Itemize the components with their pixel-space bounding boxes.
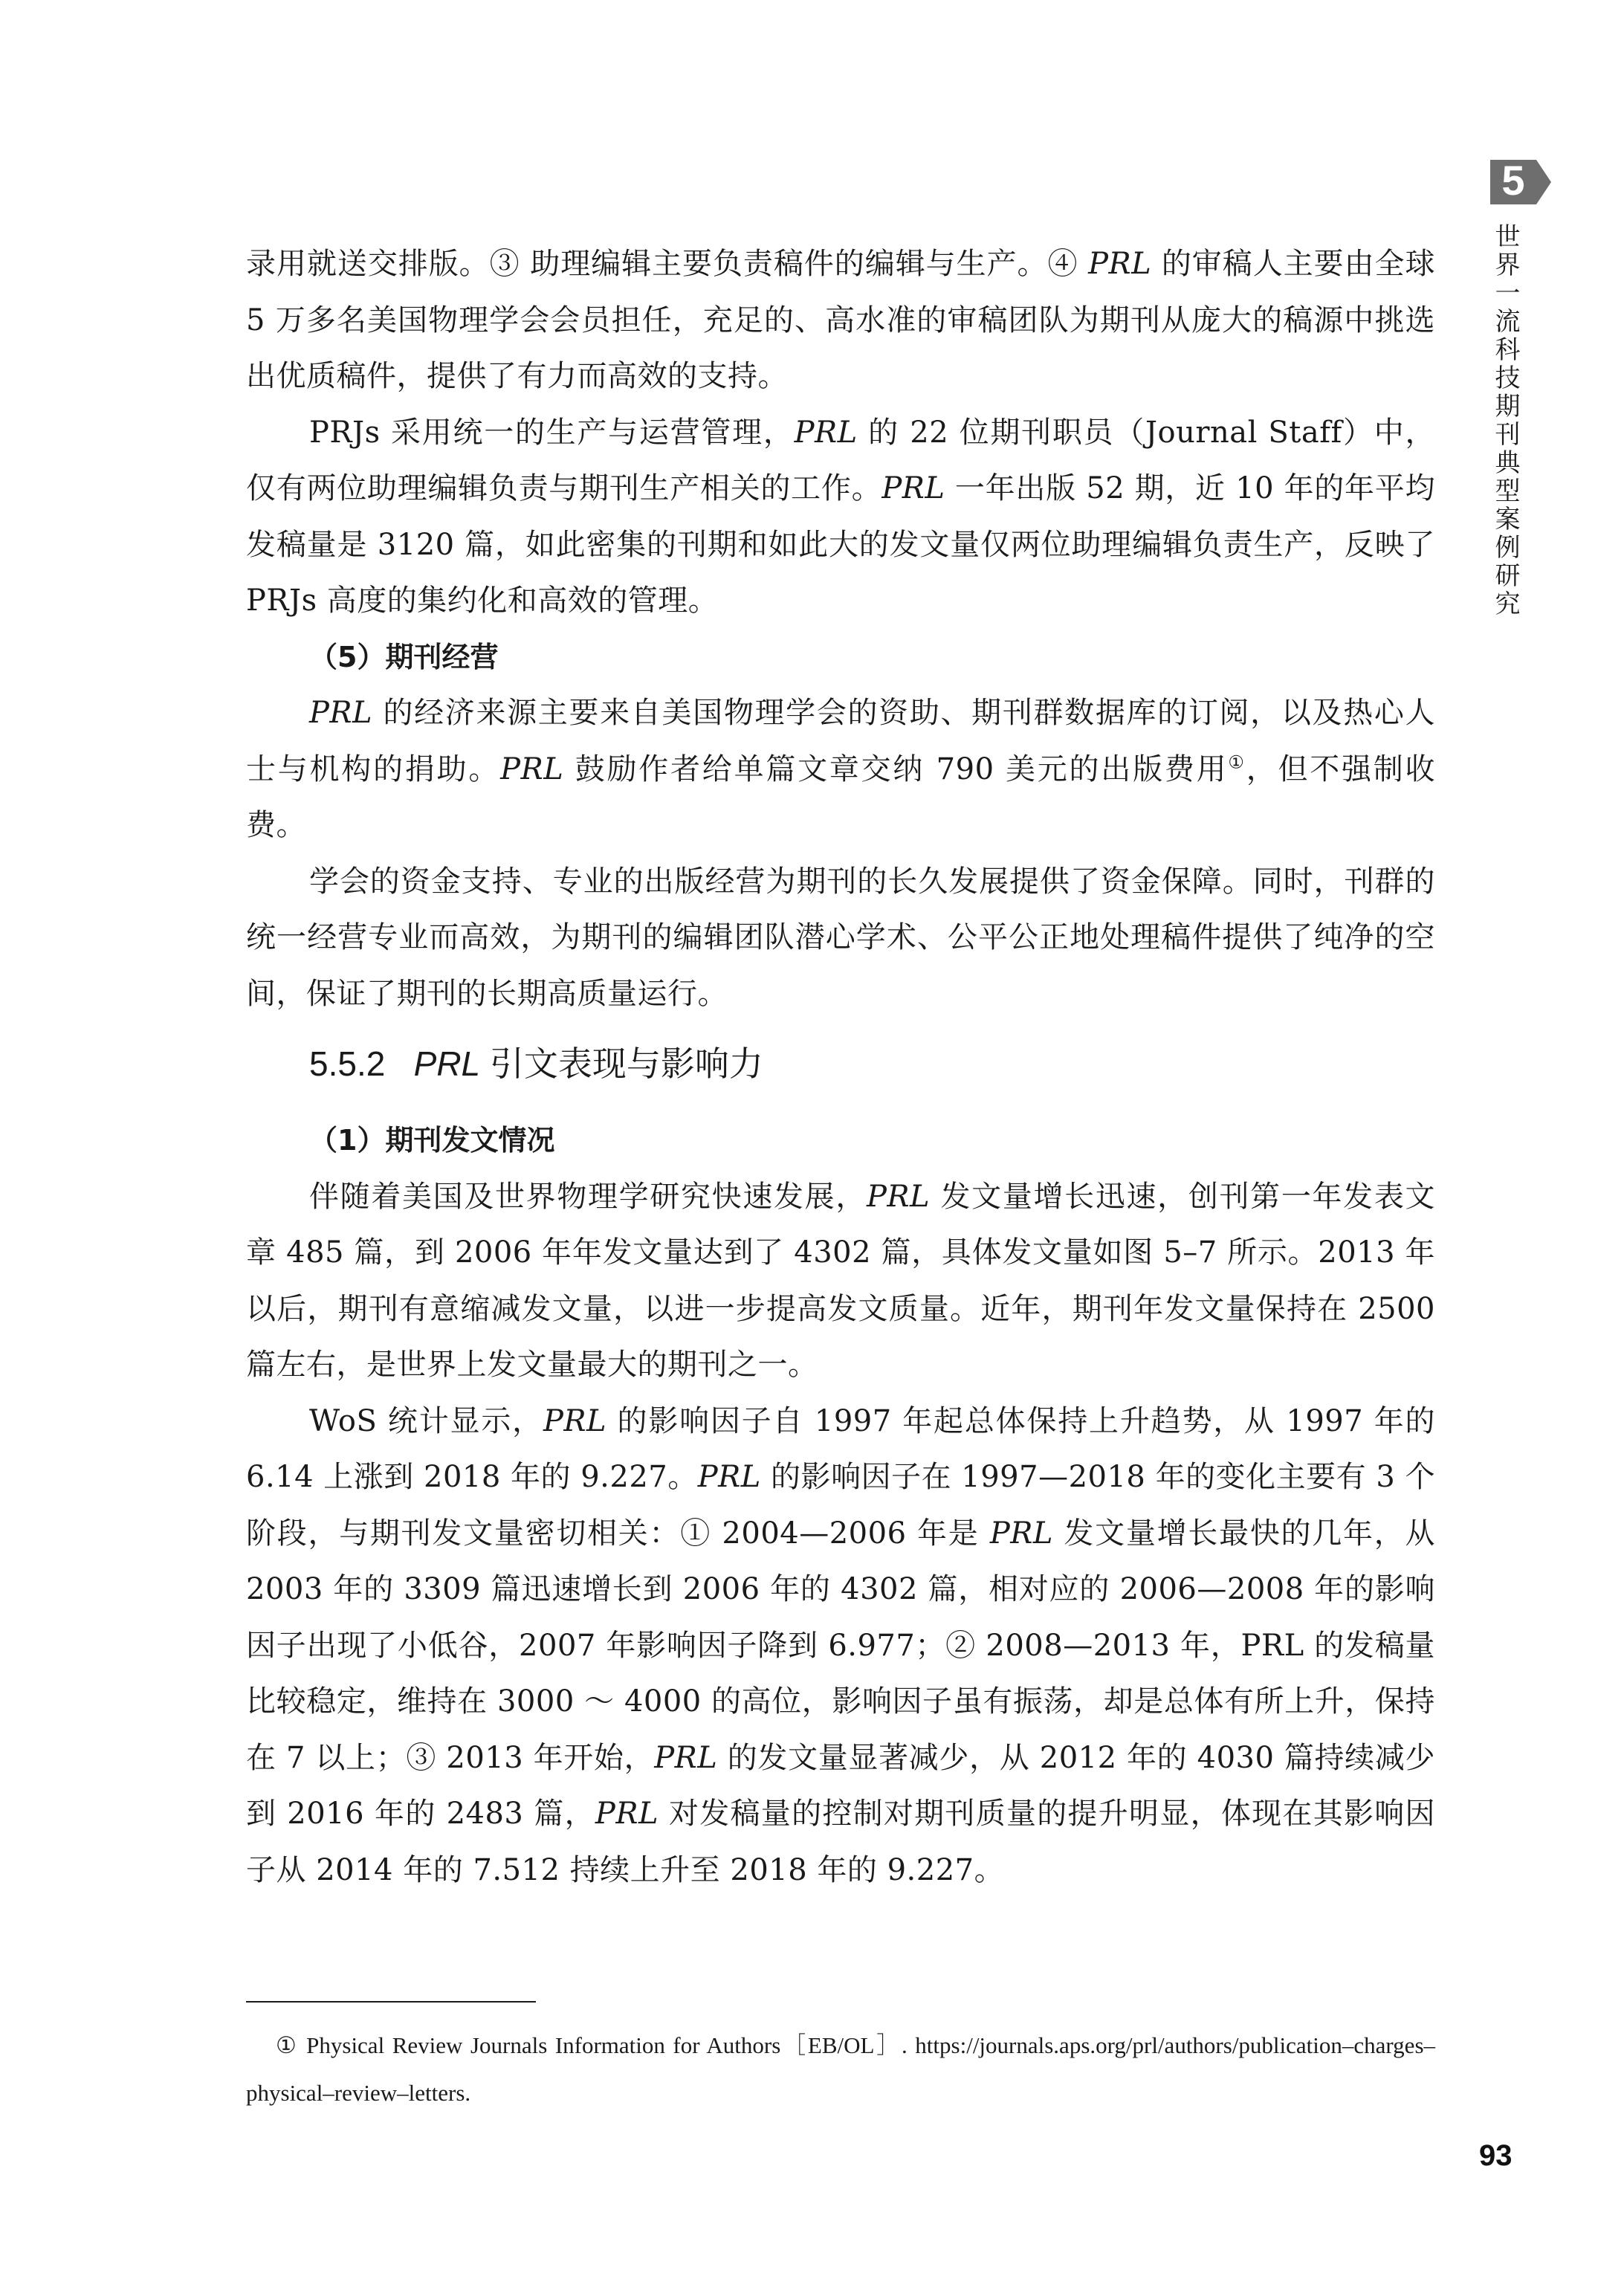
footnote-divider [246,2001,536,2003]
journal-abbr: PRL [698,1460,761,1494]
footnote-text[interactable]: Physical Review Journals Information for… [246,2032,1435,2106]
journal-abbr: PRL [867,1180,930,1214]
journal-abbr: PRL [654,1741,717,1775]
paragraph-support: 学会的资金支持、专业的出版经营为期刊的长久发展提供了资金保障。同时，刊群的统一经… [246,854,1435,1023]
text-run: WoS 统计显示， [309,1404,543,1438]
journal-abbr: PRL [595,1797,659,1831]
main-text: 录用就送交排版。③ 助理编辑主要负责稿件的编辑与生产。④ PRL 的审稿人主要由… [246,236,1435,1898]
section-title: 引文表现与影响力 [480,1044,763,1083]
paragraph-production: PRJs 采用统一的生产与运营管理，PRL 的 22 位期刊职员（Journal… [246,405,1435,630]
book-page: 5 世界一流科技期刊典型案例研究 录用就送交排版。③ 助理编辑主要负责稿件的编辑… [0,0,1624,2282]
paragraph-impact-factor: WoS 统计显示，PRL 的影响因子自 1997 年起总体保持上升趋势，从 19… [246,1394,1435,1899]
footnote: ① Physical Review Journals Information f… [246,2022,1435,2117]
running-title: 世界一流科技期刊典型案例研究 [1489,223,1519,618]
paragraph-output: 伴随着美国及世界物理学研究快速发展，PRL 发文量增长迅速，创刊第一年发表文章 … [246,1169,1435,1394]
subheading-operations: （5）期刊经营 [246,630,1435,686]
footnote-marker: ① [276,2032,299,2058]
journal-abbr: PRL [795,416,858,450]
section-number: 5.5.2 [309,1044,385,1083]
journal-abbr: PRL [500,752,563,786]
paragraph-reviewers: 录用就送交排版。③ 助理编辑主要负责稿件的编辑与生产。④ PRL 的审稿人主要由… [246,236,1435,405]
text-run: PRJs 采用统一的生产与运营管理， [309,416,795,450]
journal-abbr: PRL [1088,247,1151,281]
text-run: 鼓励作者给单篇文章交纳 790 美元的出版费用 [563,752,1228,786]
journal-abbr: PRL [881,471,945,505]
journal-abbr: PRL [543,1404,606,1438]
page-number: 93 [1479,2139,1546,2173]
chapter-number: 5 [1490,158,1536,202]
journal-abbr: PRL [990,1516,1053,1551]
subheading-publications: （1）期刊发文情况 [246,1113,1435,1169]
journal-abbr: PRL [414,1044,480,1083]
text-run: 伴随着美国及世界物理学研究快速发展， [309,1180,867,1214]
footnote-ref-link[interactable]: ① [1228,751,1246,772]
text-run: 录用就送交排版。③ 助理编辑主要负责稿件的编辑与生产。④ [246,247,1088,281]
chapter-tab-arrow-icon [1536,160,1551,204]
section-heading: 5.5.2 PRL 引文表现与影响力 [246,1041,1435,1086]
text-run: 发文量增长最快的几年，从 2003 年的 3309 篇迅速增长到 2006 年的… [246,1516,1435,1775]
journal-abbr: PRL [309,696,372,730]
paragraph-funding: PRL 的经济来源主要来自美国物理学会的资助、期刊群数据库的订阅，以及热心人士与… [246,685,1435,854]
